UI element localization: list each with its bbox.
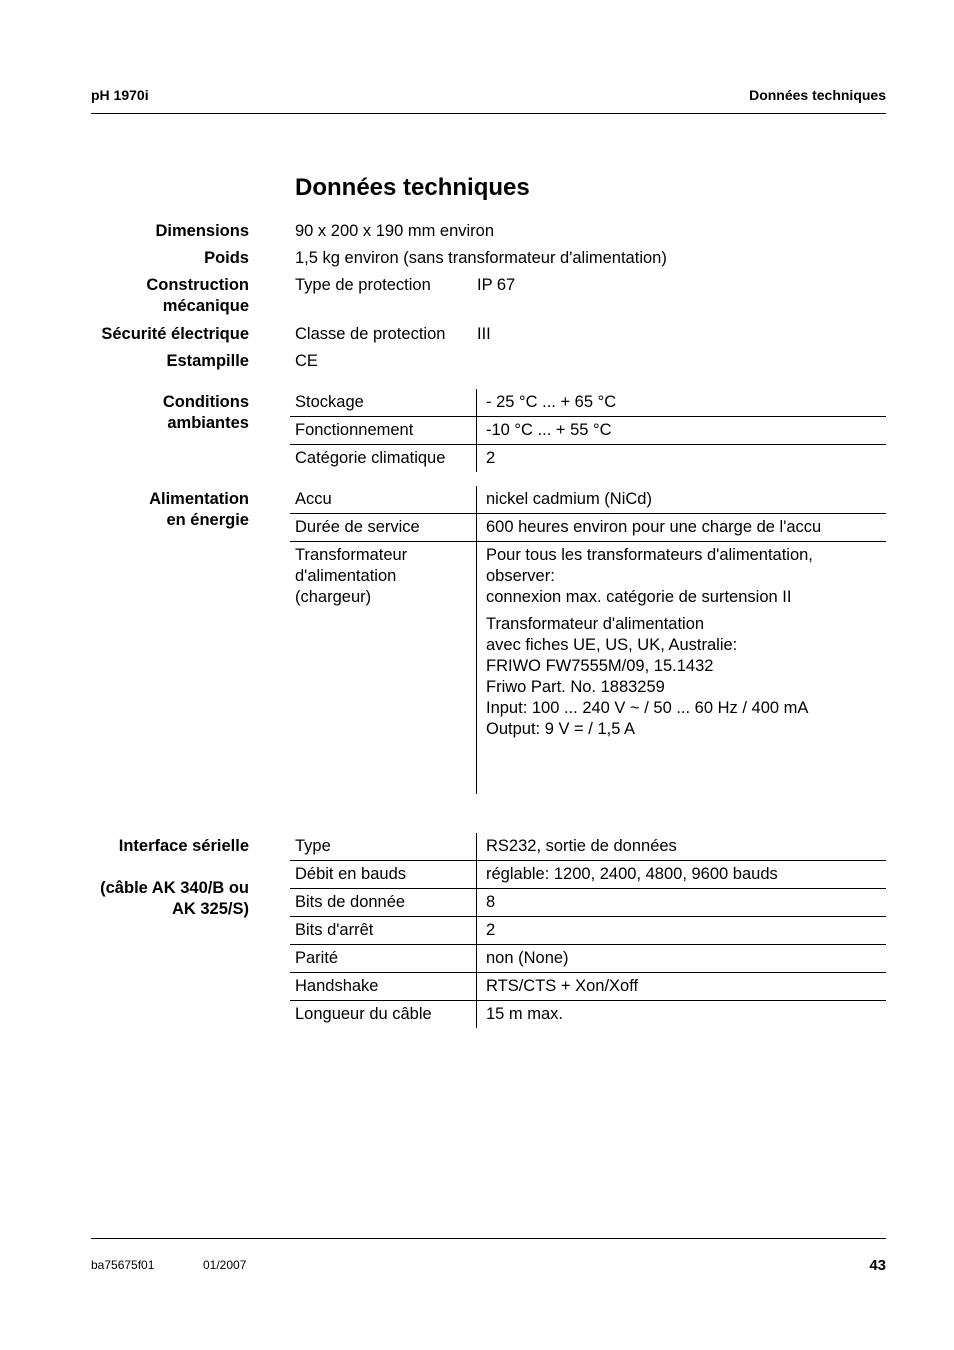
cell-value: nickel cadmium (NiCd)	[477, 486, 886, 513]
conditions-table: Stockage- 25 °C ... + 65 °C Fonctionneme…	[290, 389, 886, 472]
label-power: Alimentation en énergie	[149, 489, 249, 531]
table-row: Catégorie climatique2	[290, 444, 886, 472]
charger-spec: Transformateur d'alimentation avec fiche…	[486, 614, 886, 740]
label-conditions: Conditions ambiantes	[163, 392, 249, 434]
table-row: Transformateur d'alimentation (chargeur)…	[290, 541, 886, 794]
cell-value: Pour tous les transformateurs d'alimenta…	[477, 542, 886, 794]
cell-key: Longueur du câble	[290, 1001, 477, 1028]
cell-value: réglable: 1200, 2400, 4800, 9600 bauds	[477, 861, 886, 888]
cell-key: Type	[290, 833, 477, 860]
value-construction-ip: IP 67	[477, 275, 515, 296]
cell-value: 2	[477, 445, 886, 472]
table-row: Bits de donnée8	[290, 888, 886, 916]
cell-key: Fonctionnement	[290, 417, 477, 444]
power-table: Accunickel cadmium (NiCd) Durée de servi…	[290, 486, 886, 794]
table-row: Bits d'arrêt2	[290, 916, 886, 944]
value-electrical-class: III	[477, 324, 491, 345]
header-section: Données techniques	[749, 87, 886, 103]
charger-note: Pour tous les transformateurs d'alimenta…	[486, 545, 886, 608]
table-row: Pariténon (None)	[290, 944, 886, 972]
cell-key: Handshake	[290, 973, 477, 1000]
label-weight: Poids	[204, 248, 249, 269]
page-title: Données techniques	[295, 174, 530, 202]
label-dimensions: Dimensions	[155, 221, 249, 242]
page-number: 43	[869, 1257, 886, 1274]
cell-key: Débit en bauds	[290, 861, 477, 888]
footer-date: 01/2007	[203, 1258, 246, 1272]
cell-key: Bits d'arrêt	[290, 917, 477, 944]
footer-rule	[91, 1238, 886, 1239]
header-product: pH 1970i	[91, 87, 149, 103]
cell-key: Stockage	[290, 389, 477, 416]
cell-value: 2	[477, 917, 886, 944]
footer-doc-id: ba75675f01	[91, 1258, 154, 1272]
table-row: TypeRS232, sortie de données	[290, 833, 886, 860]
value-electrical-safety: Classe de protection	[295, 324, 445, 345]
value-dimensions: 90 x 200 x 190 mm environ	[295, 221, 494, 242]
header-rule	[91, 113, 886, 114]
cell-value: - 25 °C ... + 65 °C	[477, 389, 886, 416]
label-serial: Interface sérielle	[119, 836, 249, 857]
cell-value: -10 °C ... + 55 °C	[477, 417, 886, 444]
table-row: HandshakeRTS/CTS + Xon/Xoff	[290, 972, 886, 1000]
cell-value: 8	[477, 889, 886, 916]
label-marking: Estampille	[166, 351, 249, 372]
cell-value: non (None)	[477, 945, 886, 972]
cell-key: Bits de donnée	[290, 889, 477, 916]
table-row: Longueur du câble15 m max.	[290, 1000, 886, 1028]
table-row: Stockage- 25 °C ... + 65 °C	[290, 389, 886, 416]
cell-key: Transformateur d'alimentation (chargeur)	[290, 542, 477, 794]
cell-value: 600 heures environ pour une charge de l'…	[477, 514, 886, 541]
cell-value: RTS/CTS + Xon/Xoff	[477, 973, 886, 1000]
table-row: Accunickel cadmium (NiCd)	[290, 486, 886, 513]
cell-value: RS232, sortie de données	[477, 833, 886, 860]
serial-table: TypeRS232, sortie de données Débit en ba…	[290, 833, 886, 1028]
label-electrical-safety: Sécurité électrique	[101, 324, 249, 345]
value-construction: Type de protection	[295, 275, 431, 296]
cell-key: Catégorie climatique	[290, 445, 477, 472]
cell-key: Accu	[290, 486, 477, 513]
table-row: Durée de service600 heures environ pour …	[290, 513, 886, 541]
label-construction: Construction mécanique	[146, 275, 249, 317]
cell-key: Parité	[290, 945, 477, 972]
table-row: Fonctionnement-10 °C ... + 55 °C	[290, 416, 886, 444]
label-serial-cable: (câble AK 340/B ou AK 325/S)	[100, 878, 249, 920]
cell-key: Durée de service	[290, 514, 477, 541]
value-marking: CE	[295, 351, 318, 372]
table-row: Débit en baudsréglable: 1200, 2400, 4800…	[290, 860, 886, 888]
cell-value: 15 m max.	[477, 1001, 886, 1028]
value-weight: 1,5 kg environ (sans transformateur d'al…	[295, 248, 667, 269]
